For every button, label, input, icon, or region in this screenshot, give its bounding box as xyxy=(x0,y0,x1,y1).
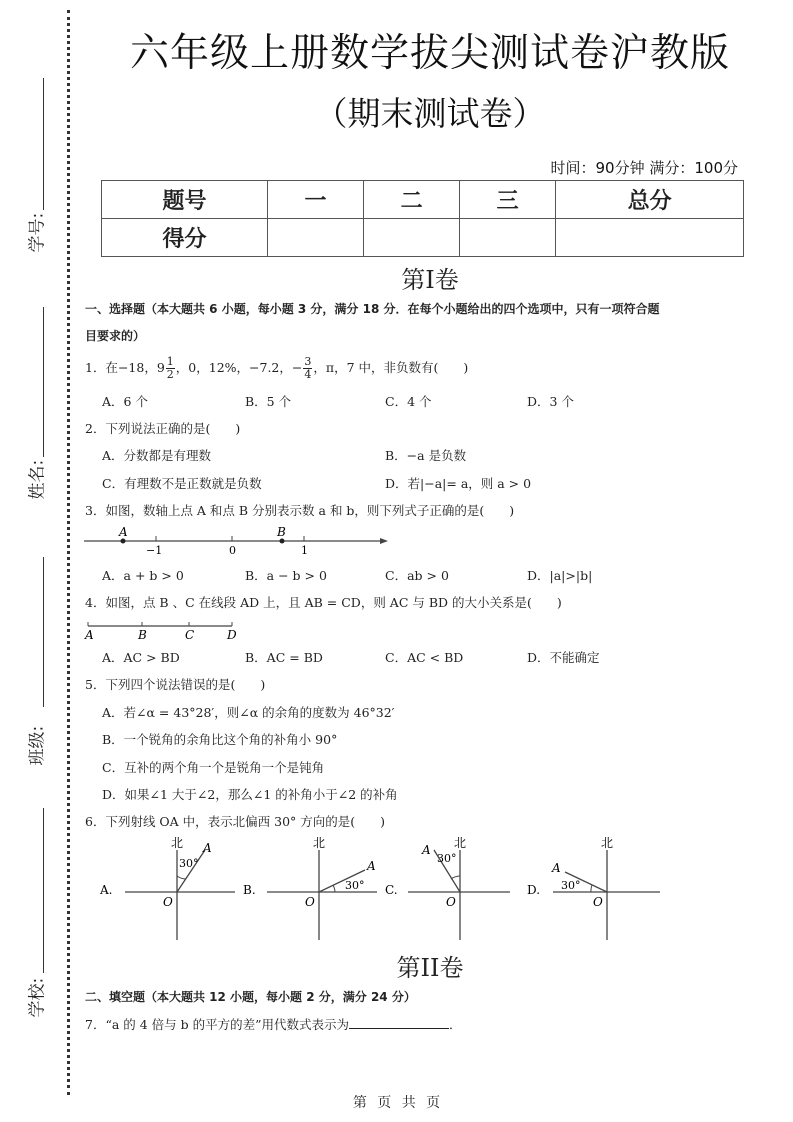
point-b-label: B xyxy=(137,628,147,642)
q1-option-d[interactable]: D．3 个 xyxy=(527,392,574,410)
q2-option-a[interactable]: A．分数都是有理数 xyxy=(102,446,211,464)
origin-label: O xyxy=(593,895,603,909)
student-id-label: 学号: xyxy=(23,223,48,253)
student-id-rule xyxy=(43,78,44,210)
student-name-label: 姓名: xyxy=(23,470,48,500)
q2-option-b[interactable]: B．−a 是负数 xyxy=(385,446,466,464)
number-line-figure: A B −1 0 1 xyxy=(82,525,392,557)
question-number: 7． xyxy=(85,1017,105,1032)
student-name-rule xyxy=(43,307,44,457)
question-5: 5．下列四个说法错误的是( ) xyxy=(85,675,265,693)
score-header-cell: 二 xyxy=(364,181,460,219)
score-header-cell: 题号 xyxy=(102,181,268,219)
time-info: 时间：90分钟 满分：100分 xyxy=(551,157,739,178)
origin-label: O xyxy=(446,895,456,909)
north-label: 北 xyxy=(313,836,325,850)
point-a-label: A xyxy=(118,525,128,539)
question-4: 4．如图，点 B 、C 在线段 AD 上，且 AB = CD，则 AC 与 BD… xyxy=(85,593,562,611)
question-number: 5． xyxy=(85,677,105,692)
q1-option-b[interactable]: B．5 个 xyxy=(245,392,291,410)
q3-option-b[interactable]: B．a − b > 0 xyxy=(245,566,327,584)
north-label: 北 xyxy=(601,836,613,850)
q4-option-b[interactable]: B．AC = BD xyxy=(245,648,323,666)
question-1: 1．在−18，912，0，12%，−7.2，−34，π，7 中，非负数有( ) xyxy=(85,356,468,381)
point-b-label: B xyxy=(276,525,286,539)
north-label: 北 xyxy=(454,836,466,850)
denominator: 4 xyxy=(303,369,312,381)
answer-blank[interactable] xyxy=(349,1017,449,1029)
q6-option-d[interactable]: D. xyxy=(527,883,540,897)
score-row-label: 得分 xyxy=(102,219,268,257)
direction-figures: A. 北 30° A O B. 北 30° A O C. 北 30° A O D… xyxy=(95,832,675,944)
q4-option-a[interactable]: A．AC > BD xyxy=(102,648,180,666)
denominator: 2 xyxy=(166,369,175,381)
score-header-cell: 一 xyxy=(268,181,364,219)
ray-label: A xyxy=(551,861,561,875)
ray-label: A xyxy=(202,841,212,855)
fraction-three-quarters: 34 xyxy=(303,356,312,381)
question-number: 4． xyxy=(85,595,105,610)
question-text: 下列四个说法错误的是( ) xyxy=(105,677,265,692)
ray-label: A xyxy=(421,843,431,857)
question-number: 2． xyxy=(85,421,105,436)
angle-label: 30° xyxy=(345,879,365,892)
question-text: 如图，数轴上点 A 和点 B 分别表示数 a 和 b，则下列式子正确的是( ) xyxy=(105,503,514,518)
q2-option-d[interactable]: D．若|−a|= a，则 a > 0 xyxy=(385,474,531,492)
score-table: 题号 一 二 三 总分 得分 xyxy=(101,180,744,257)
q1-option-c[interactable]: C．4 个 xyxy=(385,392,432,410)
point-a-label: A xyxy=(84,628,94,642)
question-text: 下列说法正确的是( ) xyxy=(105,421,240,436)
class-label: 班级: xyxy=(23,736,48,766)
q4-option-d[interactable]: D．不能确定 xyxy=(527,648,600,666)
q2-option-c[interactable]: C．有理数不是正数就是负数 xyxy=(102,474,262,492)
question-text: 在−18，9 xyxy=(105,360,164,375)
angle-label: 30° xyxy=(561,879,581,892)
question-7: 7．“a 的 4 倍与 b 的平方的差”用代数式表示为． xyxy=(85,1015,462,1033)
north-label: 北 xyxy=(171,836,183,850)
origin-label: O xyxy=(305,895,315,909)
question-text: “a 的 4 倍与 b 的平方的差”用代数式表示为 xyxy=(105,1017,349,1032)
score-cell[interactable] xyxy=(364,219,460,257)
segment-ad-figure: A B C D xyxy=(82,618,242,642)
origin-label: O xyxy=(163,895,173,909)
angle-label: 30° xyxy=(437,852,457,865)
q5-option-a[interactable]: A．若∠α = 43°28′，则∠α 的余角的度数为 46°32′ xyxy=(102,703,395,721)
exam-subtitle: （期末测试卷） xyxy=(95,88,765,135)
volume-1-title: 第I卷 xyxy=(80,260,780,295)
question-number: 1． xyxy=(85,360,105,375)
binding-dotted-line xyxy=(67,10,70,1095)
question-tail: ． xyxy=(449,1017,462,1032)
score-cell[interactable] xyxy=(460,219,556,257)
question-number: 6． xyxy=(85,814,105,829)
score-header-cell: 三 xyxy=(460,181,556,219)
section-1-heading: 一、选择题（本大题共 6 小题，每小题 3 分，满分 18 分．在每个小题给出的… xyxy=(85,300,659,317)
question-text: ，π，7 中，非负数有( ) xyxy=(313,360,468,375)
score-header-cell: 总分 xyxy=(556,181,744,219)
question-6: 6．下列射线 OA 中，表示北偏西 30° 方向的是( ) xyxy=(85,812,385,830)
q3-option-d[interactable]: D．|a|>|b| xyxy=(527,566,592,584)
question-3: 3．如图，数轴上点 A 和点 B 分别表示数 a 和 b，则下列式子正确的是( … xyxy=(85,501,514,519)
q5-option-d[interactable]: D．如果∠1 大于∠2，那么∠1 的补角小于∠2 的补角 xyxy=(102,785,398,803)
q6-option-c[interactable]: C. xyxy=(385,883,398,897)
tick-minus-1: −1 xyxy=(146,544,162,557)
question-2: 2．下列说法正确的是( ) xyxy=(85,419,240,437)
section-1-heading-cont: 目要求的） xyxy=(85,327,145,344)
tick-1: 1 xyxy=(301,544,308,557)
ray-label: A xyxy=(366,859,376,873)
fraction-one-half: 12 xyxy=(166,356,175,381)
question-text: ，0，12%，−7.2，− xyxy=(176,360,303,375)
score-table-header-row: 题号 一 二 三 总分 xyxy=(102,181,744,219)
exam-title: 六年级上册数学拔尖测试卷沪教版 xyxy=(95,22,765,78)
section-2-heading: 二、填空题（本大题共 12 小题，每小题 2 分，满分 24 分） xyxy=(85,988,416,1005)
q6-option-b[interactable]: B. xyxy=(243,883,256,897)
angle-label: 30° xyxy=(179,857,199,870)
score-cell[interactable] xyxy=(556,219,744,257)
point-d-label: D xyxy=(226,628,237,642)
volume-2-title: 第II卷 xyxy=(80,948,780,983)
q6-option-a[interactable]: A. xyxy=(99,883,112,897)
score-cell[interactable] xyxy=(268,219,364,257)
question-number: 3． xyxy=(85,503,105,518)
q4-option-c[interactable]: C．AC < BD xyxy=(385,648,463,666)
page-footer: 第 页 共 页 xyxy=(0,1092,793,1112)
q3-option-a[interactable]: A．a + b > 0 xyxy=(102,566,184,584)
question-text: 下列射线 OA 中，表示北偏西 30° 方向的是( ) xyxy=(105,814,385,829)
tick-0: 0 xyxy=(229,544,236,557)
school-rule xyxy=(43,808,44,973)
q1-option-a[interactable]: A．6 个 xyxy=(102,392,148,410)
class-rule xyxy=(43,557,44,707)
q3-option-c[interactable]: C．ab > 0 xyxy=(385,566,449,584)
score-table-score-row: 得分 xyxy=(102,219,744,257)
q5-option-c[interactable]: C．互补的两个角一个是锐角一个是钝角 xyxy=(102,758,324,776)
q5-option-b[interactable]: B．一个锐角的余角比这个角的补角小 90° xyxy=(102,730,337,748)
school-label: 学校: xyxy=(23,988,48,1018)
question-text: 如图，点 B 、C 在线段 AD 上，且 AB = CD，则 AC 与 BD 的… xyxy=(105,595,561,610)
point-c-label: C xyxy=(185,628,194,642)
